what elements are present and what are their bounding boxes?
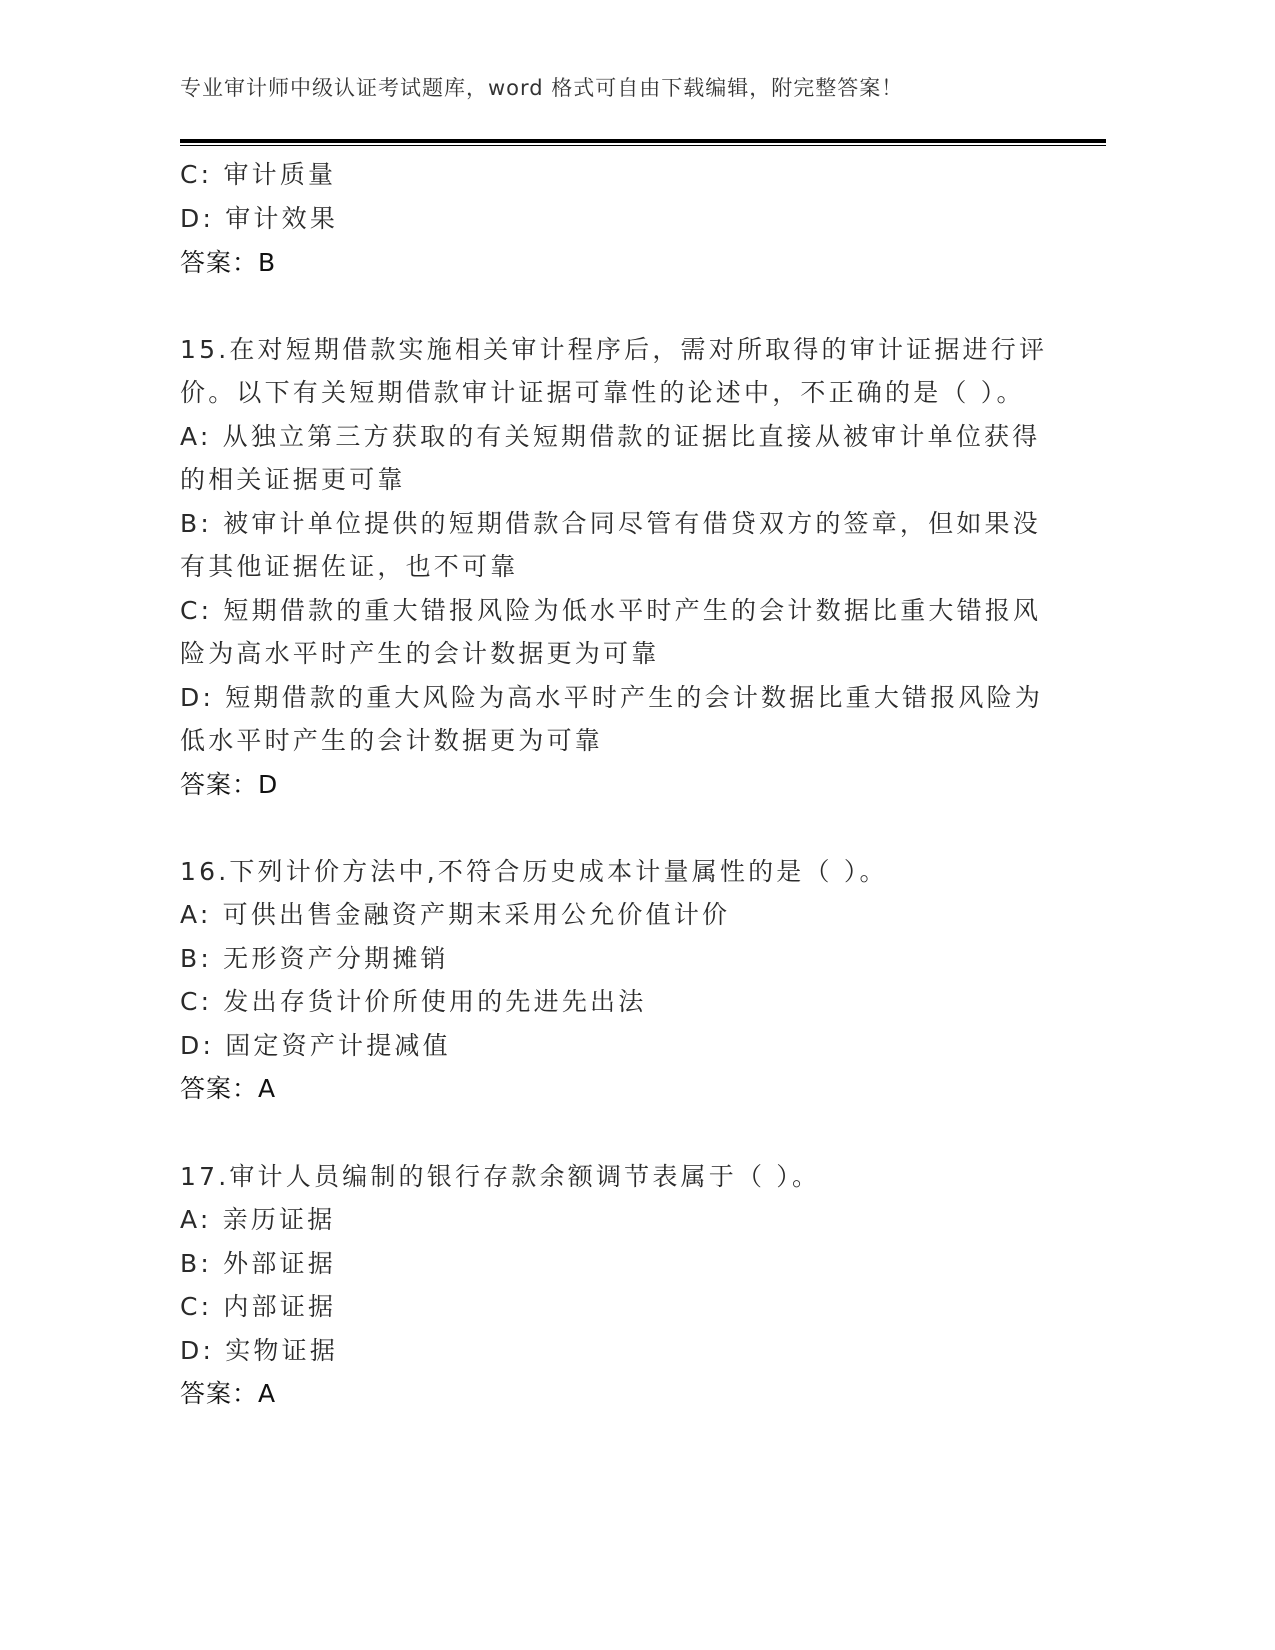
- q15-option-b-line-2: 有其他证据佐证，也不可靠: [180, 547, 518, 583]
- q15-option-c-line-2: 险为高水平时产生的会计数据更为可靠: [180, 634, 659, 670]
- q17-option-d: D: 实物证据: [180, 1331, 338, 1367]
- q17-stem: 17.审计人员编制的银行存款余额调节表属于（ ）。: [180, 1157, 820, 1193]
- q15-option-d-line-2: 低水平时产生的会计数据更为可靠: [180, 721, 603, 757]
- q15-option-b-line-1: B: 被审计单位提供的短期借款合同尽管有借贷双方的签章，但如果没: [180, 504, 1041, 540]
- q17-option-a: A: 亲历证据: [180, 1200, 335, 1236]
- q17-option-b: B: 外部证据: [180, 1244, 336, 1280]
- q16-option-b: B: 无形资产分期摊销: [180, 939, 449, 975]
- q16-stem: 16.下列计价方法中,不符合历史成本计量属性的是（ ）。: [180, 852, 888, 888]
- q14-option-c: C: 审计质量: [180, 155, 336, 191]
- option-label: D:: [180, 204, 214, 233]
- q15-option-d-line-1: D: 短期借款的重大风险为高水平时产生的会计数据比重大错报风险为: [180, 678, 1043, 714]
- q16-option-d: D: 固定资产计提减值: [180, 1026, 451, 1062]
- option-text: 审计效果: [225, 204, 338, 233]
- q14-answer: 答案：B: [180, 243, 276, 279]
- q15-option-a-line-2: 的相关证据更可靠: [180, 460, 406, 496]
- q15-option-c-line-1: C: 短期借款的重大错报风险为低水平时产生的会计数据比重大错报风: [180, 591, 1041, 627]
- q16-answer: 答案：A: [180, 1069, 276, 1105]
- q15-answer: 答案：D: [180, 765, 278, 801]
- q15-stem-line-1: 15.在对短期借款实施相关审计程序后，需对所取得的审计证据进行评: [180, 330, 1047, 366]
- option-text: 审计质量: [223, 160, 336, 189]
- q16-option-c: C: 发出存货计价所使用的先进先出法: [180, 982, 646, 1018]
- header-rule-thick: [180, 139, 1106, 143]
- q17-option-c: C: 内部证据: [180, 1287, 336, 1323]
- q17-answer: 答案：A: [180, 1374, 276, 1410]
- q14-option-d: D: 审计效果: [180, 199, 338, 235]
- option-label: C:: [180, 160, 212, 189]
- q15-option-a-line-1: A: 从独立第三方获取的有关短期借款的证据比直接从被审计单位获得: [180, 417, 1040, 453]
- header-rule-thin: [180, 145, 1106, 146]
- q16-option-a: A: 可供出售金融资产期末采用公允价值计价: [180, 895, 730, 931]
- page-header: 专业审计师中级认证考试题库，word 格式可自由下载编辑，附完整答案！: [180, 72, 903, 102]
- q15-stem-line-2: 价。以下有关短期借款审计证据可靠性的论述中，不正确的是（ ）。: [180, 373, 1025, 409]
